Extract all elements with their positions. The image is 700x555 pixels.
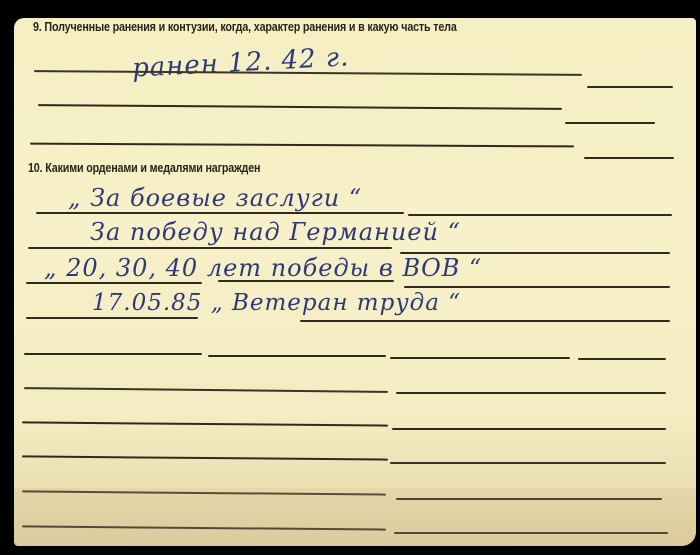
rule-line: [565, 122, 655, 124]
rule-line: [584, 157, 674, 159]
rule-line: [26, 317, 198, 319]
rule-line: [394, 532, 668, 534]
rule-line: [404, 286, 670, 288]
item10-answer-3: „ 20, 30, 40 лет победы в ВОВ “: [44, 254, 482, 282]
rule-line: [390, 357, 570, 359]
rule-line: [208, 355, 386, 357]
item10-answer-1: „ За боевые заслуги “: [68, 184, 362, 212]
rule-line: [28, 247, 392, 249]
rule-line: [390, 462, 666, 464]
rule-line: [587, 86, 673, 88]
item9-label: 9. Полученные ранения и контузии, когда,…: [33, 20, 457, 34]
rule-line: [26, 282, 202, 284]
rule-line: [300, 320, 670, 322]
rule-line: [36, 212, 404, 214]
rule-line: [578, 358, 666, 360]
rule-line: [408, 214, 672, 216]
rule-line: [396, 498, 662, 500]
rule-line: [24, 353, 202, 355]
item10-label: 10. Какими орденами и медалями награжден: [28, 161, 260, 175]
item10-answer-2: За победу над Германией “: [90, 218, 461, 246]
item10-answer-4: 17.05.85 „ Ветеран труда “: [92, 290, 461, 316]
rule-line: [396, 392, 666, 394]
rule-line: [392, 428, 666, 430]
rule-line: [218, 280, 394, 282]
